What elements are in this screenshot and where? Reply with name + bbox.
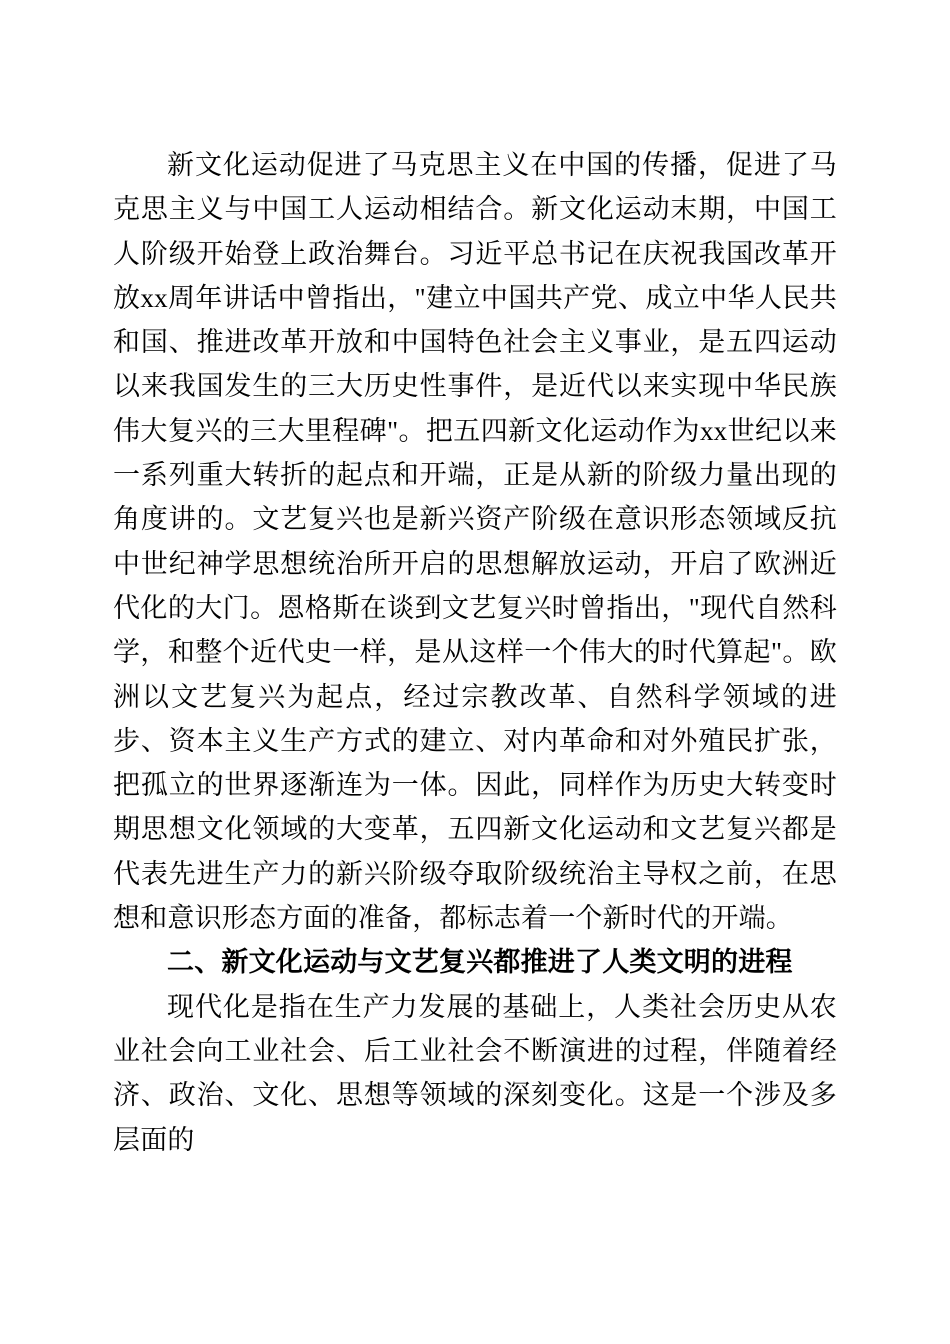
paragraph-marxism-renaissance: 新文化运动促进了马克思主义在中国的传播，促进了马克思主义与中国工人运动相结合。新… [113, 143, 837, 940]
section-heading-2: 二、新文化运动与文艺复兴都推进了人类文明的进程 [113, 940, 837, 984]
document-text-block: 新文化运动促进了马克思主义在中国的传播，促进了马克思主义与中国工人运动相结合。新… [113, 143, 837, 1162]
paragraph-modernization: 现代化是指在生产力发展的基础上，人类社会历史从农业社会向工业社会、后工业社会不断… [113, 985, 837, 1162]
document-page: 新文化运动促进了马克思主义在中国的传播，促进了马克思主义与中国工人运动相结合。新… [0, 0, 950, 1344]
